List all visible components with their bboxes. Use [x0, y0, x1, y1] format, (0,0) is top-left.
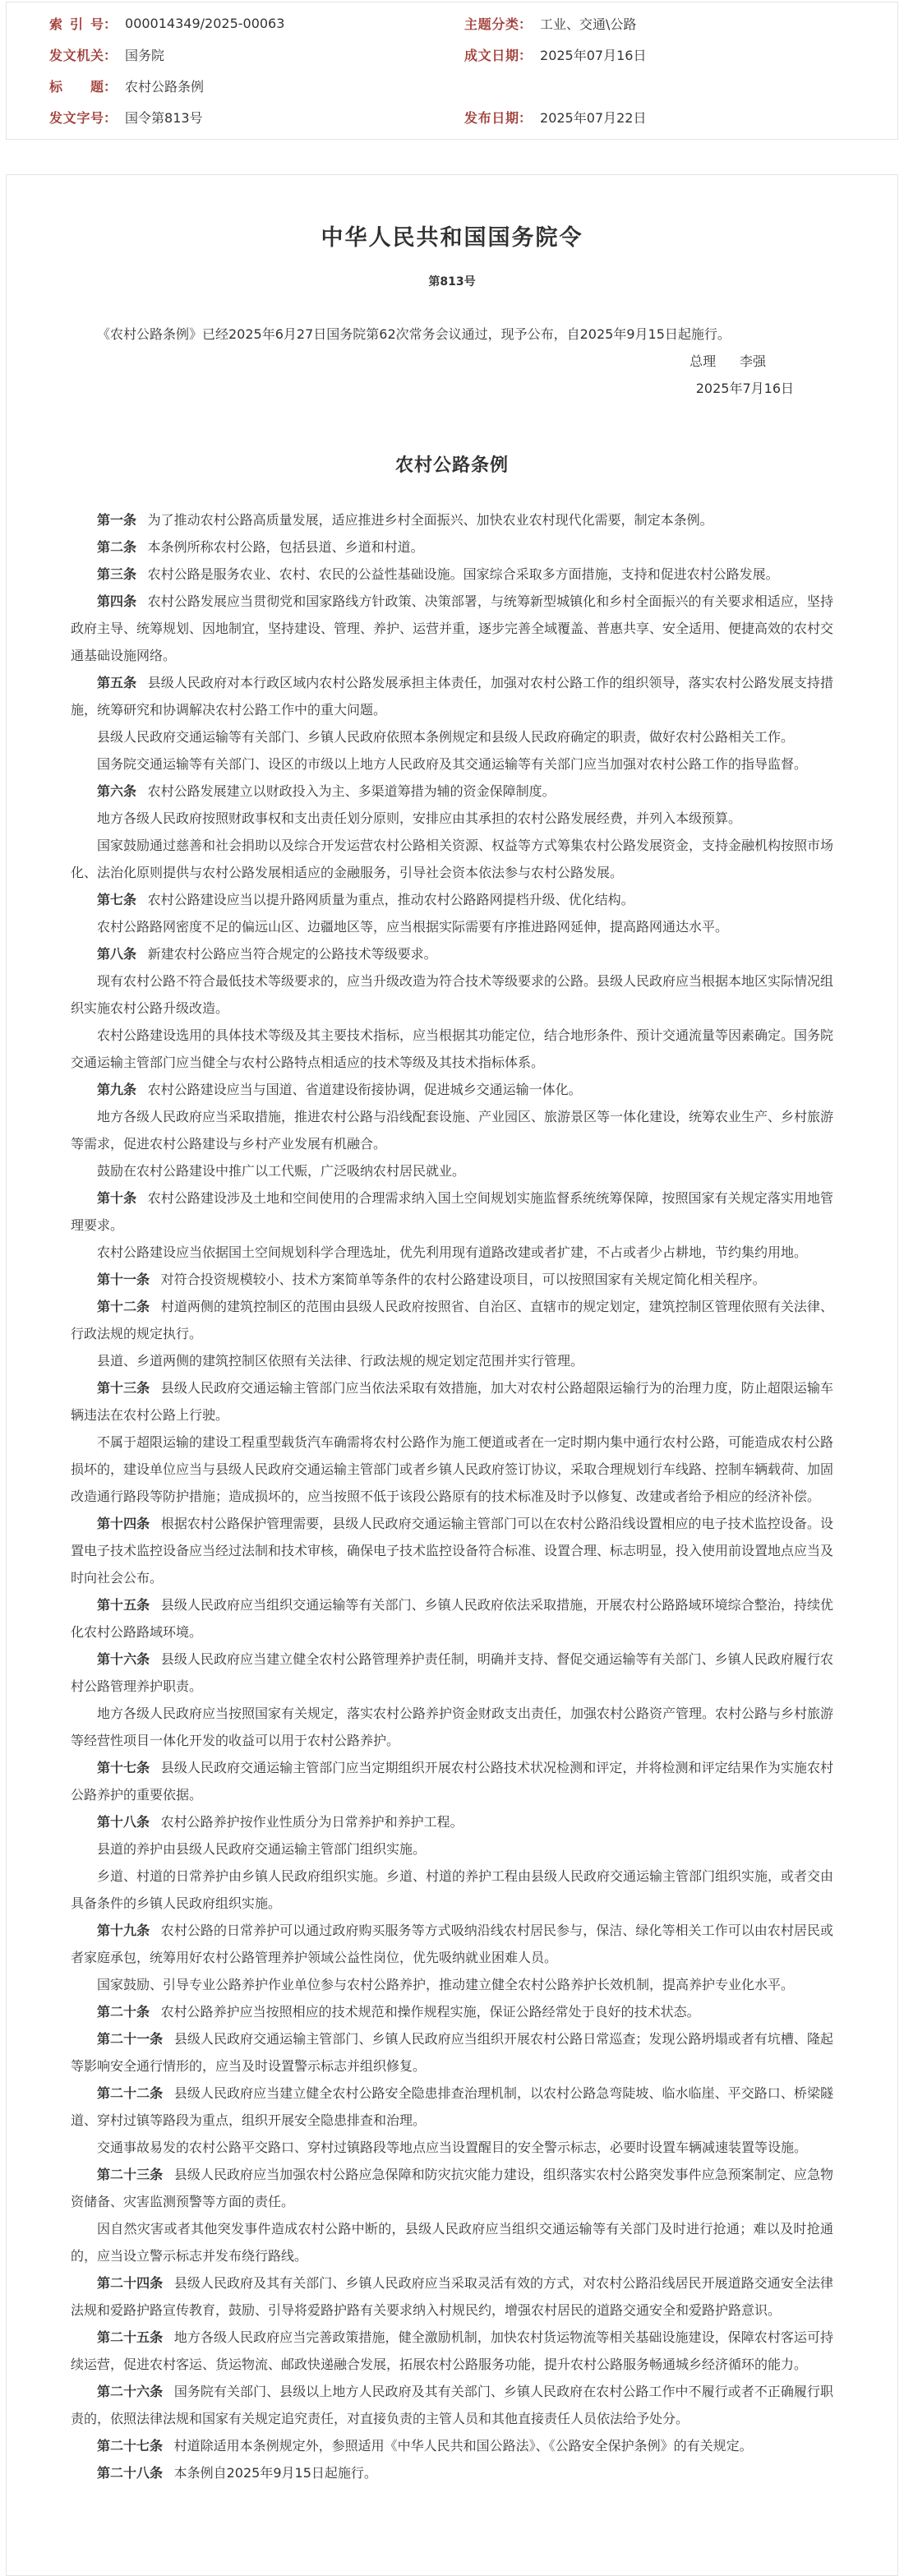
article-text: 不属于超限运输的建设工程重型载货汽车确需将农村公路作为施工便道或者在一定时期内集… — [71, 1434, 833, 1504]
meta-cell-left: 索引号：000014349/2025-00063 — [49, 14, 464, 33]
article-paragraph: 地方各级人民政府应当按照国家有关规定，落实农村公路养护资金财政支出责任，加强农村… — [71, 1700, 833, 1754]
article-text: 农村公路养护按作业性质分为日常养护和养护工程。 — [161, 1814, 464, 1830]
article-number: 第二十二条 — [97, 2085, 163, 2101]
article-text: 国家鼓励、引导专业公路养护作业单位参与农村公路养护，推动建立健全农村公路养护长效… — [97, 1977, 794, 1992]
article-paragraph: 第二十七条村道除适用本条例规定外，参照适用《中华人民共和国公路法》、《公路安全保… — [71, 2432, 833, 2459]
article-number: 第十条 — [97, 1190, 136, 1206]
decree-announcement: 《农村公路条例》已经2025年6月27日国务院第62次常务会议通过，现予公布，自… — [71, 321, 833, 348]
article-number: 第十二条 — [97, 1299, 150, 1314]
article-text: 农村公路的日常养护可以通过政府购买服务等方式吸纳沿线农村居民参与，保洁、绿化等相… — [71, 1923, 833, 1965]
article-text: 县级人民政府及其有关部门、乡镇人民政府应当采取灵活有效的方式，对农村公路沿线居民… — [71, 2275, 833, 2318]
article-paragraph: 第十九条农村公路的日常养护可以通过政府购买服务等方式吸纳沿线农村居民参与，保洁、… — [71, 1917, 833, 1971]
meta-value: 000014349/2025-00063 — [125, 16, 284, 31]
article-paragraph: 国务院交通运输等有关部门、设区的市级以上地方人民政府及其交通运输等有关部门应当加… — [71, 750, 833, 778]
article-number: 第四条 — [97, 593, 136, 609]
article-text: 现有农村公路不符合最低技术等级要求的，应当升级改造为符合技术等级要求的公路。县级… — [71, 973, 833, 1016]
sign-date: 2025年7月16日 — [71, 375, 833, 402]
meta-label: 主题分类 — [464, 14, 519, 33]
article-text: 县级人民政府应当建立健全农村公路安全隐患排查治理机制，以农村公路急弯陡坡、临水临… — [71, 2085, 833, 2128]
article-number: 第十三条 — [97, 1380, 150, 1396]
article-paragraph: 第十八条农村公路养护按作业性质分为日常养护和养护工程。 — [71, 1808, 833, 1835]
meta-label-colon: ： — [104, 14, 117, 33]
meta-row: 标题：农村公路条例 — [49, 70, 881, 101]
article-paragraph: 地方各级人民政府按照财政事权和支出责任划分原则，安排应由其承担的农村公路发展经费… — [71, 805, 833, 832]
article-text: 农村公路建设应当依据国土空间规划科学合理选址，优先利用现有道路改建或者扩建，不占… — [97, 1244, 807, 1260]
article-paragraph: 县道的养护由县级人民政府交通运输主管部门组织实施。 — [71, 1835, 833, 1863]
article-text: 地方各级人民政府应当完善政策措施，健全激励机制，加快农村货运物流等相关基础设施建… — [71, 2329, 833, 2372]
regulation-articles: 第一条为了推动农村公路高质量发展，适应推进乡村全面振兴、加快农业农村现代化需要，… — [71, 506, 833, 2486]
article-paragraph: 第五条县级人民政府对本行政区域内农村公路发展承担主体责任，加强对农村公路工作的组… — [71, 669, 833, 723]
article-paragraph: 第二条本条例所称农村公路，包括县道、乡道和村道。 — [71, 533, 833, 561]
meta-cell-left: 发文机关：国务院 — [49, 45, 464, 64]
article-text: 本条例自2025年9月15日起施行。 — [174, 2465, 377, 2481]
article-text: 县级人民政府应当建立健全农村公路管理养护责任制，明确并支持、督促交通运输等有关部… — [71, 1651, 833, 1694]
article-number: 第二十一条 — [97, 2031, 163, 2047]
article-text: 地方各级人民政府应当采取措施，推进农村公路与沿线配套设施、产业园区、旅游景区等一… — [71, 1109, 833, 1152]
meta-label: 发布日期 — [464, 108, 519, 127]
meta-value: 国务院 — [125, 45, 164, 64]
meta-cell-left: 标题：农村公路条例 — [49, 76, 464, 95]
meta-value: 2025年07月22日 — [540, 108, 646, 127]
article-number: 第二十条 — [97, 2004, 150, 2020]
article-number: 第八条 — [97, 946, 136, 962]
article-paragraph: 乡道、村道的日常养护由乡镇人民政府组织实施。乡道、村道的养护工程由县级人民政府交… — [71, 1863, 833, 1917]
article-paragraph: 农村公路建设应当依据国土空间规划科学合理选址，优先利用现有道路改建或者扩建，不占… — [71, 1239, 833, 1266]
meta-cell-left: 发文字号：国令第813号 — [49, 108, 464, 127]
article-text: 县级人民政府应当加强农村公路应急保障和防灾抗灾能力建设，组织落实农村公路突发事件… — [71, 2167, 833, 2209]
article-paragraph: 第八条新建农村公路应当符合规定的公路技术等级要求。 — [71, 940, 833, 967]
article-paragraph: 因自然灾害或者其他突发事件造成农村公路中断的，县级人民政府应当组织交通运输等有关… — [71, 2215, 833, 2269]
article-paragraph: 交通事故易发的农村公路平交路口、穿村过镇路段等地点应当设置醒目的安全警示标志，必… — [71, 2134, 833, 2161]
signer-role: 总理 — [690, 353, 716, 369]
meta-value: 2025年07月16日 — [540, 45, 646, 64]
article-text: 农村公路养护应当按照相应的技术规范和操作规程实施，保证公路经常处于良好的技术状态… — [161, 2004, 700, 2020]
article-text: 为了推动农村公路高质量发展，适应推进乡村全面振兴、加快农业农村现代化需要，制定本… — [148, 512, 713, 528]
meta-value: 工业、交通\公路 — [540, 14, 636, 33]
meta-row: 发文字号：国令第813号 发布日期：2025年07月22日 — [49, 101, 881, 132]
article-text: 县道、乡道两侧的建筑控制区依照有关法律、行政法规的规定划定范围并实行管理。 — [97, 1353, 583, 1369]
article-number: 第十四条 — [97, 1516, 150, 1531]
article-text: 农村公路发展建立以财政投入为主、多渠道筹措为辅的资金保障制度。 — [148, 783, 556, 799]
meta-cell-right: 主题分类：工业、交通\公路 — [464, 14, 881, 33]
meta-label-colon: ： — [104, 108, 117, 127]
meta-label-colon: ： — [519, 45, 532, 64]
article-text: 地方各级人民政府按照财政事权和支出责任划分原则，安排应由其承担的农村公路发展经费… — [97, 810, 741, 826]
article-text: 农村公路建设应当以提升路网质量为重点，推动农村公路路网提档升级、优化结构。 — [148, 892, 634, 907]
article-paragraph: 第十七条县级人民政府交通运输主管部门应当定期组织开展农村公路技术状况检测和评定，… — [71, 1754, 833, 1808]
article-paragraph: 农村公路建设选用的具体技术等级及其主要技术指标，应当根据其功能定位，结合地形条件… — [71, 1022, 833, 1076]
article-text: 根据农村公路保护管理需要，县级人民政府交通运输主管部门可以在农村公路沿线设置相应… — [71, 1516, 833, 1586]
article-paragraph: 第九条农村公路建设应当与国道、省道建设衔接协调，促进城乡交通运输一体化。 — [71, 1076, 833, 1103]
article-number: 第十七条 — [97, 1760, 150, 1775]
article-text: 本条例所称农村公路，包括县道、乡道和村道。 — [148, 539, 424, 555]
article-paragraph: 第三条农村公路是服务农业、农村、农民的公益性基础设施。国家综合采取多方面措施，支… — [71, 561, 833, 588]
meta-label: 发文机关 — [49, 45, 104, 64]
article-paragraph: 第十一条对符合投资规模较小、技术方案简单等条件的农村公路建设项目，可以按照国家有… — [71, 1266, 833, 1293]
article-text: 村道两侧的建筑控制区的范围由县级人民政府按照省、自治区、直辖市的规定划定，建筑控… — [71, 1299, 833, 1341]
article-paragraph: 第十五条县级人民政府应当组织交通运输等有关部门、乡镇人民政府依法采取措施，开展农… — [71, 1591, 833, 1646]
meta-label: 标题 — [49, 76, 104, 95]
article-text: 国务院有关部门、县级以上地方人民政府及其有关部门、乡镇人民政府在农村公路工作中不… — [71, 2384, 833, 2426]
signer-line: 总理李强 — [71, 348, 833, 375]
article-paragraph: 第十三条县级人民政府交通运输主管部门应当依法采取有效措施，加大对农村公路超限运输… — [71, 1374, 833, 1429]
article-text: 农村公路发展应当贯彻党和国家路线方针政策、决策部署，与统筹新型城镇化和乡村全面振… — [71, 593, 833, 663]
article-paragraph: 第一条为了推动农村公路高质量发展，适应推进乡村全面振兴、加快农业农村现代化需要，… — [71, 506, 833, 533]
decree-title: 中华人民共和国国务院令 — [71, 219, 833, 252]
regulation-title: 农村公路条例 — [71, 451, 833, 477]
article-number: 第十一条 — [97, 1272, 150, 1287]
article-text: 县级人民政府应当组织交通运输等有关部门、乡镇人民政府依法采取措施，开展农村公路路… — [71, 1597, 833, 1640]
meta-value: 国令第813号 — [125, 108, 203, 127]
article-paragraph: 第二十八条本条例自2025年9月15日起施行。 — [71, 2459, 833, 2486]
article-number: 第六条 — [97, 783, 136, 799]
meta-row: 发文机关：国务院 成文日期：2025年07月16日 — [49, 39, 881, 70]
article-number: 第二十六条 — [97, 2384, 163, 2399]
article-number: 第一条 — [97, 512, 136, 528]
article-paragraph: 不属于超限运输的建设工程重型载货汽车确需将农村公路作为施工便道或者在一定时期内集… — [71, 1429, 833, 1510]
signer-name: 李强 — [740, 353, 766, 369]
article-paragraph: 第七条农村公路建设应当以提升路网质量为重点，推动农村公路路网提档升级、优化结构。 — [71, 886, 833, 913]
meta-label-colon: ： — [104, 76, 117, 95]
article-paragraph: 第十二条村道两侧的建筑控制区的范围由县级人民政府按照省、自治区、直辖市的规定划定… — [71, 1293, 833, 1347]
article-text: 国家鼓励通过慈善和社会捐助以及综合开发运营农村公路相关资源、权益等方式筹集农村公… — [71, 838, 833, 880]
article-paragraph: 第二十二条县级人民政府应当建立健全农村公路安全隐患排查治理机制，以农村公路急弯陡… — [71, 2080, 833, 2134]
article-number: 第十九条 — [97, 1923, 150, 1938]
article-text: 村道除适用本条例规定外，参照适用《中华人民共和国公路法》、《公路安全保护条例》的… — [174, 2438, 753, 2454]
article-paragraph: 第二十六条国务院有关部门、县级以上地方人民政府及其有关部门、乡镇人民政府在农村公… — [71, 2378, 833, 2432]
article-text: 县级人民政府交通运输主管部门、乡镇人民政府应当组织开展农村公路日常巡查；发现公路… — [71, 2031, 833, 2074]
article-paragraph: 国家鼓励、引导专业公路养护作业单位参与农村公路养护，推动建立健全农村公路养护长效… — [71, 1971, 833, 1998]
article-number: 第二十五条 — [97, 2329, 163, 2345]
article-paragraph: 第二十条农村公路养护应当按照相应的技术规范和操作规程实施，保证公路经常处于良好的… — [71, 1998, 833, 2025]
article-number: 第十八条 — [97, 1814, 150, 1830]
article-paragraph: 第十四条根据农村公路保护管理需要，县级人民政府交通运输主管部门可以在农村公路沿线… — [71, 1510, 833, 1591]
article-number: 第十六条 — [97, 1651, 150, 1667]
article-number: 第二十八条 — [97, 2465, 163, 2481]
article-text: 乡道、村道的日常养护由乡镇人民政府组织实施。乡道、村道的养护工程由县级人民政府交… — [71, 1868, 833, 1911]
article-paragraph: 县级人民政府交通运输等有关部门、乡镇人民政府依照本条例规定和县级人民政府确定的职… — [71, 723, 833, 750]
article-text: 农村公路建设涉及土地和空间使用的合理需求纳入国土空间规划实施监督系统统筹保障，按… — [71, 1190, 833, 1233]
meta-label-colon: ： — [519, 14, 532, 33]
article-number: 第三条 — [97, 566, 136, 582]
article-text: 县级人民政府对本行政区域内农村公路发展承担主体责任，加强对农村公路工作的组织领导… — [71, 675, 833, 718]
article-text: 农村公路路网密度不足的偏远山区、边疆地区等，应当根据实际需要有序推进路网延伸，提… — [97, 919, 728, 935]
article-paragraph: 第十六条县级人民政府应当建立健全农村公路管理养护责任制，明确并支持、督促交通运输… — [71, 1646, 833, 1700]
article-number: 第二十四条 — [97, 2275, 163, 2291]
meta-label: 成文日期 — [464, 45, 519, 64]
meta-label: 索引号 — [49, 14, 104, 33]
article-paragraph: 第四条农村公路发展应当贯彻党和国家路线方针政策、决策部署，与统筹新型城镇化和乡村… — [71, 588, 833, 669]
meta-value: 农村公路条例 — [125, 76, 204, 95]
article-text: 县级人民政府交通运输主管部门应当依法采取有效措施，加大对农村公路超限运输行为的治… — [71, 1380, 833, 1423]
document-meta-panel: 索引号：000014349/2025-00063 主题分类：工业、交通\公路 发… — [6, 2, 898, 140]
article-paragraph: 第二十一条县级人民政府交通运输主管部门、乡镇人民政府应当组织开展农村公路日常巡查… — [71, 2025, 833, 2080]
article-text: 县级人民政府交通运输等有关部门、乡镇人民政府依照本条例规定和县级人民政府确定的职… — [97, 729, 794, 745]
meta-row: 索引号：000014349/2025-00063 主题分类：工业、交通\公路 — [49, 7, 881, 39]
article-text: 农村公路建设选用的具体技术等级及其主要技术指标，应当根据其功能定位，结合地形条件… — [71, 1027, 833, 1070]
decree-number: 第813号 — [71, 273, 833, 289]
meta-cell-right: 成文日期：2025年07月16日 — [464, 45, 881, 64]
article-number: 第十五条 — [97, 1597, 150, 1613]
article-paragraph: 国家鼓励通过慈善和社会捐助以及综合开发运营农村公路相关资源、权益等方式筹集农村公… — [71, 832, 833, 886]
article-text: 新建农村公路应当符合规定的公路技术等级要求。 — [148, 946, 437, 962]
article-paragraph: 第十条农村公路建设涉及土地和空间使用的合理需求纳入国土空间规划实施监督系统统筹保… — [71, 1184, 833, 1239]
article-number: 第二十七条 — [97, 2438, 163, 2454]
article-number: 第五条 — [97, 675, 136, 690]
article-text: 地方各级人民政府应当按照国家有关规定，落实农村公路养护资金财政支出责任，加强农村… — [71, 1706, 833, 1748]
meta-label-colon: ： — [104, 45, 117, 64]
meta-cell-right: 发布日期：2025年07月22日 — [464, 108, 881, 127]
article-text: 县道的养护由县级人民政府交通运输主管部门组织实施。 — [97, 1841, 426, 1857]
article-text: 国务院交通运输等有关部门、设区的市级以上地方人民政府及其交通运输等有关部门应当加… — [97, 756, 807, 772]
article-paragraph: 县道、乡道两侧的建筑控制区依照有关法律、行政法规的规定划定范围并实行管理。 — [71, 1347, 833, 1374]
document-body-panel: 中华人民共和国国务院令 第813号 《农村公路条例》已经2025年6月27日国务… — [6, 174, 898, 2576]
article-number: 第九条 — [97, 1082, 136, 1097]
meta-label: 发文字号 — [49, 108, 104, 127]
article-number: 第二条 — [97, 539, 136, 555]
article-text: 农村公路是服务农业、农村、农民的公益性基础设施。国家综合采取多方面措施，支持和促… — [148, 566, 779, 582]
article-text: 县级人民政府交通运输主管部门应当定期组织开展农村公路技术状况检测和评定，并将检测… — [71, 1760, 833, 1803]
article-text: 因自然灾害或者其他突发事件造成农村公路中断的，县级人民政府应当组织交通运输等有关… — [71, 2221, 833, 2264]
article-paragraph: 第六条农村公路发展建立以财政投入为主、多渠道筹措为辅的资金保障制度。 — [71, 778, 833, 805]
meta-label-colon: ： — [519, 108, 532, 127]
article-paragraph: 农村公路路网密度不足的偏远山区、边疆地区等，应当根据实际需要有序推进路网延伸，提… — [71, 913, 833, 940]
article-text: 交通事故易发的农村公路平交路口、穿村过镇路段等地点应当设置醒目的安全警示标志，必… — [97, 2140, 807, 2155]
article-paragraph: 第二十五条地方各级人民政府应当完善政策措施，健全激励机制，加快农村货运物流等相关… — [71, 2324, 833, 2378]
article-paragraph: 现有农村公路不符合最低技术等级要求的，应当升级改造为符合技术等级要求的公路。县级… — [71, 967, 833, 1022]
article-text: 农村公路建设应当与国道、省道建设衔接协调，促进城乡交通运输一体化。 — [148, 1082, 582, 1097]
article-number: 第七条 — [97, 892, 136, 907]
article-number: 第二十三条 — [97, 2167, 163, 2182]
article-paragraph: 地方各级人民政府应当采取措施，推进农村公路与沿线配套设施、产业园区、旅游景区等一… — [71, 1103, 833, 1157]
article-paragraph: 第二十四条县级人民政府及其有关部门、乡镇人民政府应当采取灵活有效的方式，对农村公… — [71, 2269, 833, 2324]
article-paragraph: 第二十三条县级人民政府应当加强农村公路应急保障和防灾抗灾能力建设，组织落实农村公… — [71, 2161, 833, 2215]
article-text: 对符合投资规模较小、技术方案简单等条件的农村公路建设项目，可以按照国家有关规定简… — [161, 1272, 766, 1287]
article-text: 鼓励在农村公路建设中推广以工代赈，广泛吸纳农村居民就业。 — [97, 1163, 465, 1179]
article-paragraph: 鼓励在农村公路建设中推广以工代赈，广泛吸纳农村居民就业。 — [71, 1157, 833, 1184]
